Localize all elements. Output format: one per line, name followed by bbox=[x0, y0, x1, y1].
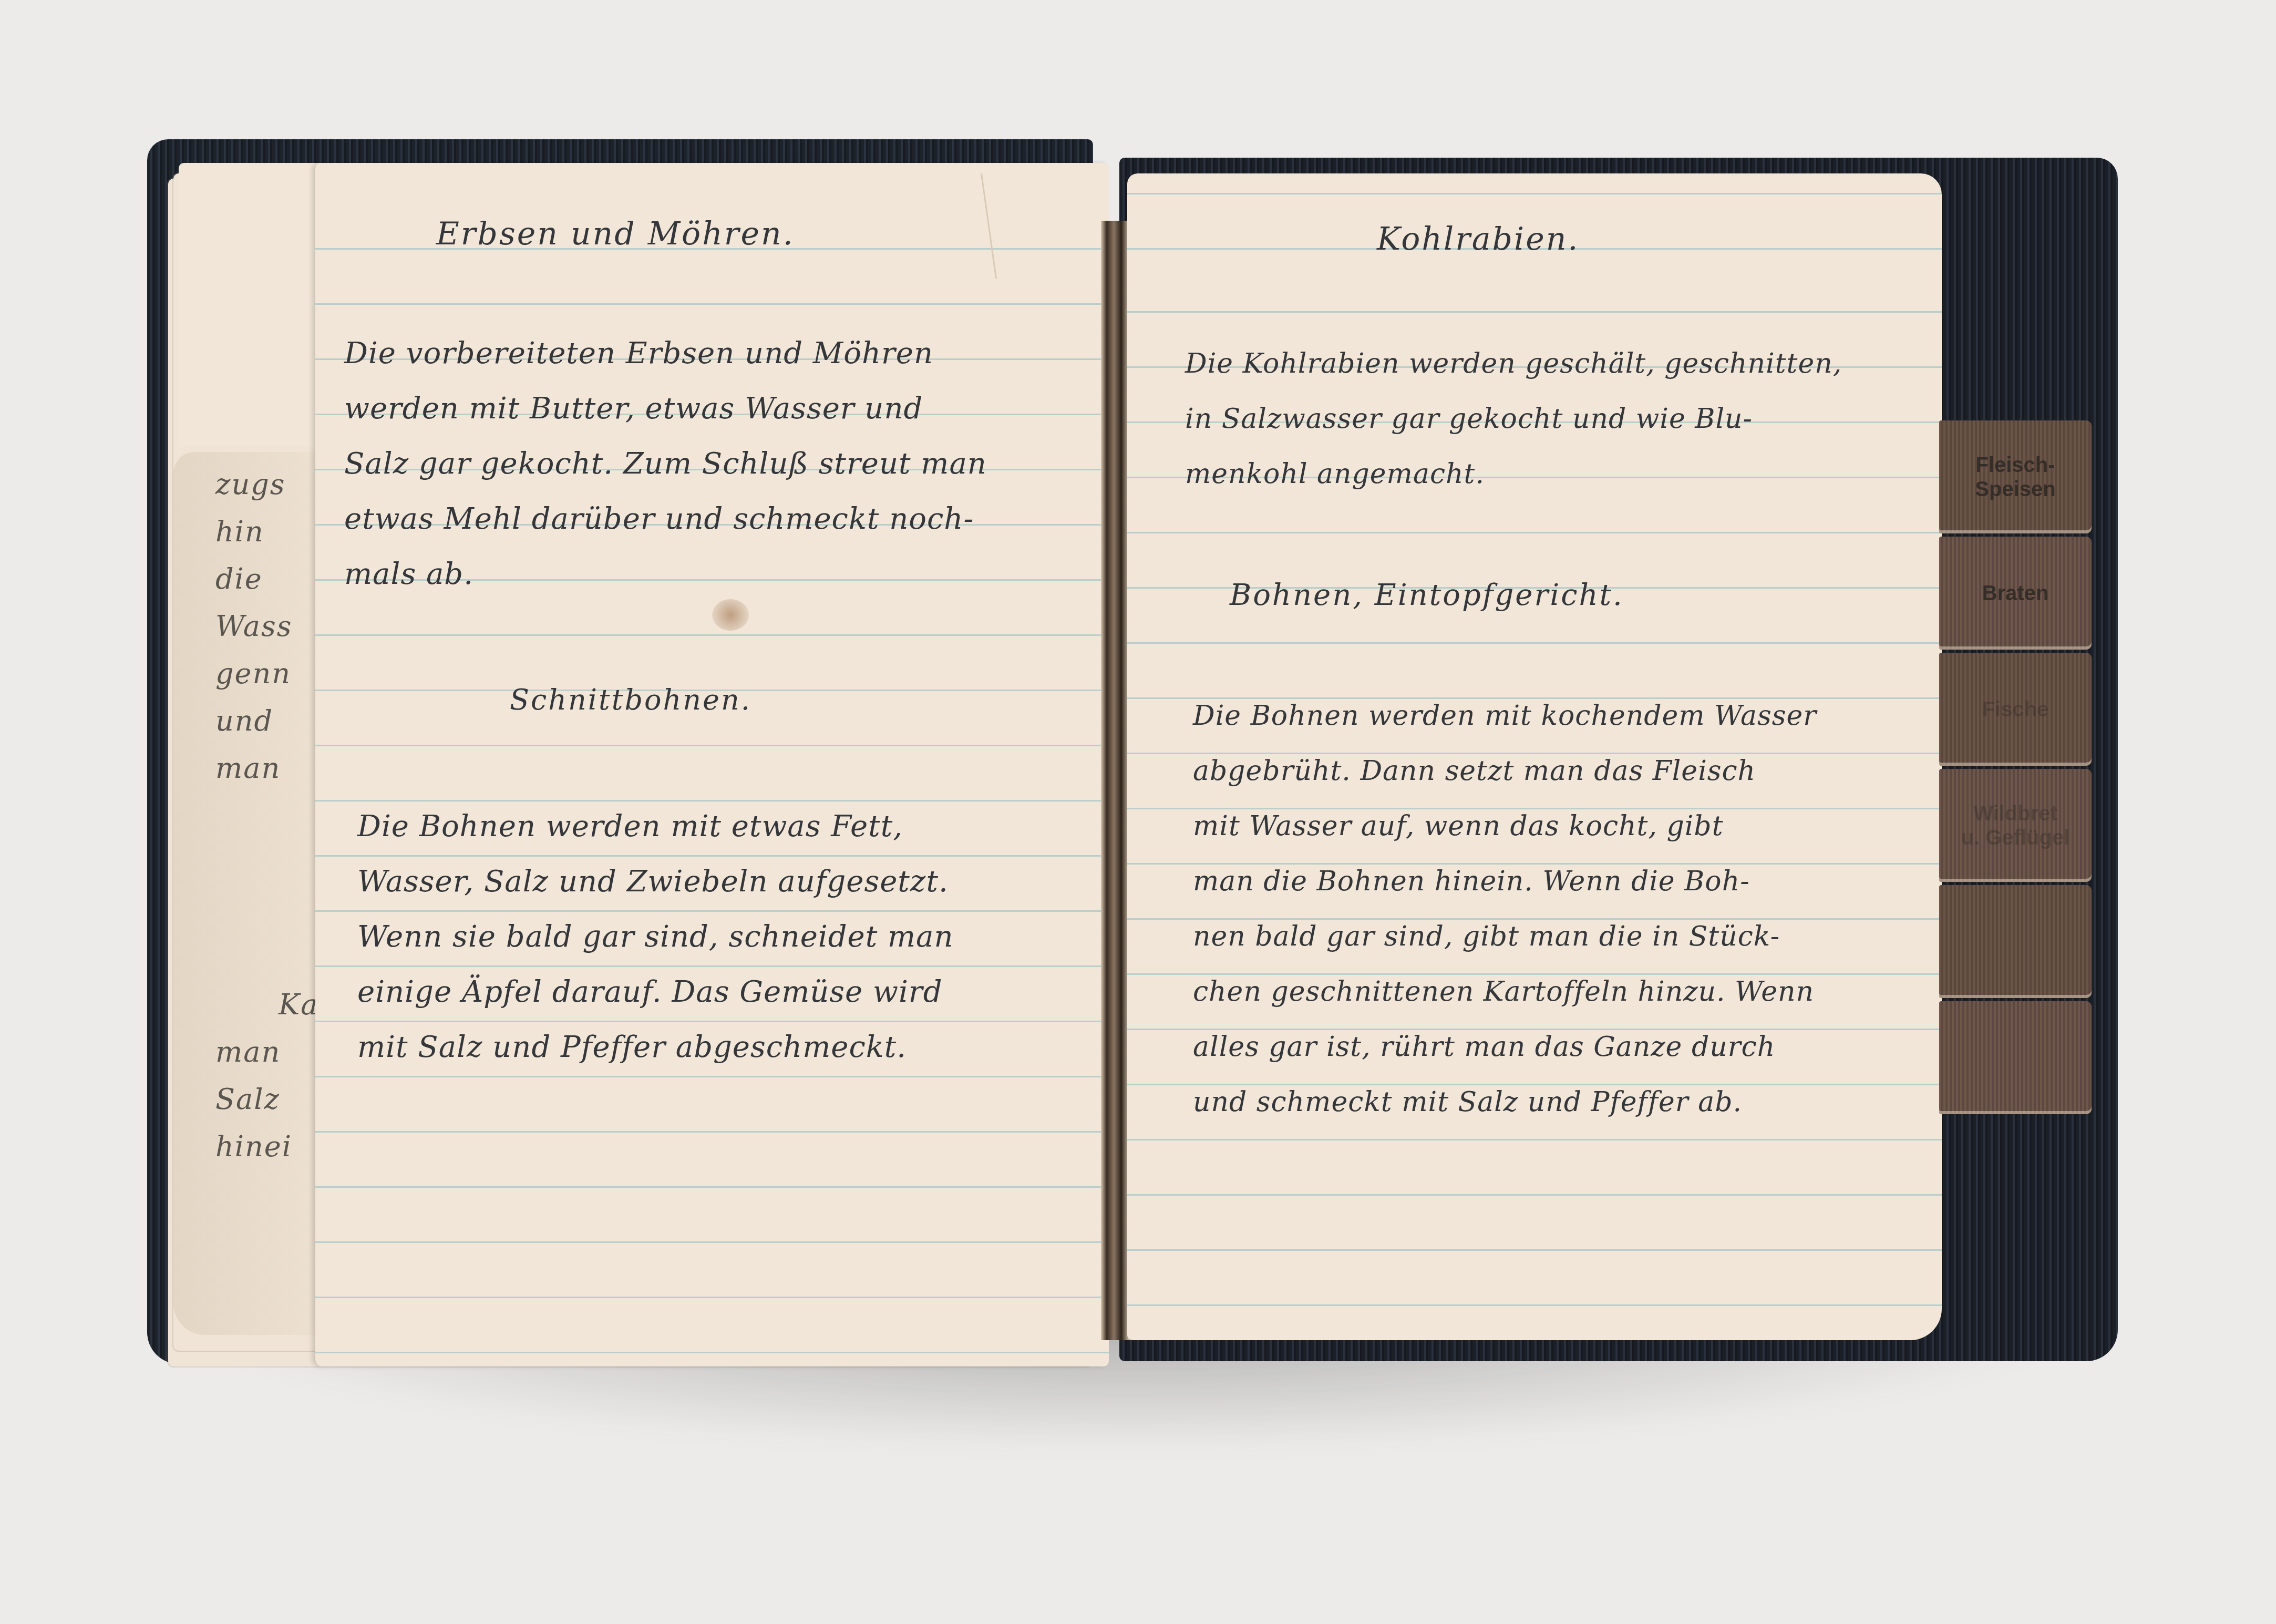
recipe-line: in Salzwasser gar gekocht und wie Blu- bbox=[1185, 392, 1842, 447]
tab-label: Fleisch- Speisen bbox=[1975, 453, 2055, 501]
recipe-line: mit Salz und Pfeffer abgeschmeckt. bbox=[357, 1020, 954, 1075]
recipe-title: Kohlrabien. bbox=[1377, 221, 1579, 258]
recipe-line: und schmeckt mit Salz und Pfeffer ab. bbox=[1193, 1075, 1817, 1130]
underlying-fragment: zugs bbox=[215, 468, 319, 515]
recipe-title: Schnittbohnen. bbox=[510, 683, 751, 716]
recipe-line: nen bald gar sind, gibt man die in Stück… bbox=[1193, 909, 1817, 964]
recipe-line: mit Wasser auf, wenn das kocht, gibt bbox=[1193, 799, 1817, 854]
underlying-fragment: und bbox=[215, 704, 319, 752]
underlying-fragment: Ka bbox=[215, 988, 319, 1035]
recipe-line: Die Bohnen werden mit kochendem Wasser bbox=[1193, 688, 1817, 744]
recipe-title: Bohnen, Eintopfgericht. bbox=[1230, 578, 1624, 612]
underlying-fragment: man bbox=[215, 752, 319, 799]
recipe-body: Die Bohnen werden mit etwas Fett, Wasser… bbox=[357, 799, 954, 1075]
recipe-line: Die vorbereiteten Erbsen und Möhren bbox=[344, 326, 987, 381]
underlying-fragment: genn bbox=[215, 657, 319, 704]
underlying-page: zugs hin die Wass genn und man Ka man Sa… bbox=[173, 452, 331, 1335]
recipe-line: einige Äpfel darauf. Das Gemüse wird bbox=[357, 964, 954, 1020]
recipe-line: chen geschnittenen Kartoffeln hinzu. Wen… bbox=[1193, 964, 1817, 1020]
tab-label: Fische bbox=[1982, 697, 2049, 722]
recipe-line: abgebrüht. Dann setzt man das Fleisch bbox=[1193, 744, 1817, 799]
tab-label: Braten bbox=[1982, 581, 2049, 605]
index-tab-illegible-6[interactable] bbox=[1939, 1001, 2092, 1114]
recipe-line: mals ab. bbox=[344, 547, 987, 602]
book-gutter bbox=[1101, 221, 1130, 1340]
recipe-body: Die Kohlrabien werden geschält, geschnit… bbox=[1185, 336, 1842, 502]
underlying-fragment: hin bbox=[215, 515, 319, 562]
recipe-title: Erbsen und Möhren. bbox=[436, 215, 795, 252]
underlying-fragment: die bbox=[215, 562, 319, 610]
recipe-line: etwas Mehl darüber und schmeckt noch- bbox=[344, 491, 987, 547]
recipe-line: Salz gar gekocht. Zum Schluß streut man bbox=[344, 436, 987, 491]
recipe-line: Die Kohlrabien werden geschält, geschnit… bbox=[1185, 336, 1842, 392]
recipe-line: Wenn sie bald gar sind, schneidet man bbox=[357, 909, 954, 964]
recipe-book-photo: zugs hin die Wass genn und man Ka man Sa… bbox=[0, 0, 2276, 1624]
underlying-fragment: hinei bbox=[215, 1130, 319, 1177]
recipe-line: werden mit Butter, etwas Wasser und bbox=[344, 381, 987, 436]
tab-label: Wildbret u. Geflügel bbox=[1961, 801, 2070, 850]
recipe-line: menkohl angemacht. bbox=[1185, 447, 1842, 502]
index-tab-illegible-5[interactable] bbox=[1939, 885, 2092, 998]
index-tab-braten[interactable]: Braten bbox=[1939, 537, 2092, 650]
recipe-body: Die vorbereiteten Erbsen und Möhren werd… bbox=[344, 326, 987, 602]
recipe-line: Wasser, Salz und Zwiebeln aufgesetzt. bbox=[357, 854, 954, 909]
recipe-line: Die Bohnen werden mit etwas Fett, bbox=[357, 799, 954, 854]
recipe-line: alles gar ist, rührt man das Ganze durch bbox=[1193, 1020, 1817, 1075]
underlying-fragment: man bbox=[215, 1035, 319, 1083]
underlying-fragment: Wass bbox=[215, 610, 319, 657]
recipe-line: man die Bohnen hinein. Wenn die Boh- bbox=[1193, 854, 1817, 909]
recipe-body: Die Bohnen werden mit kochendem Wasser a… bbox=[1193, 688, 1817, 1130]
index-tab-fische[interactable]: Fische bbox=[1939, 653, 2092, 766]
index-tabs: Fleisch- Speisen Braten Fische Wildbret … bbox=[1939, 420, 2092, 1117]
stain bbox=[712, 599, 749, 631]
index-tab-wildbret-gefluegel[interactable]: Wildbret u. Geflügel bbox=[1939, 769, 2092, 882]
underlying-fragment: Salz bbox=[215, 1083, 319, 1130]
index-tab-fleisch-speisen[interactable]: Fleisch- Speisen bbox=[1939, 420, 2092, 533]
